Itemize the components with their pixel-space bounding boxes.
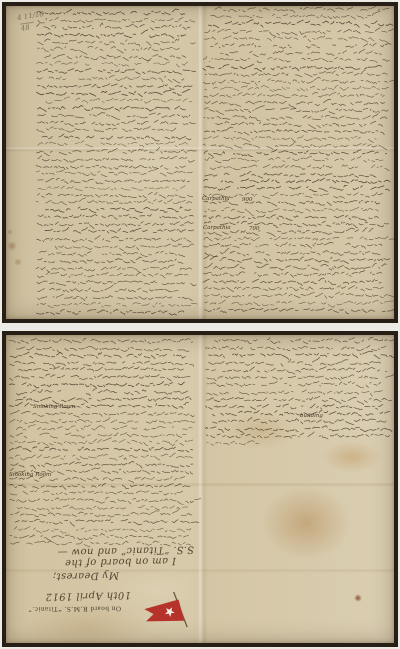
script-line — [37, 23, 190, 30]
script-line — [205, 85, 389, 91]
script-line — [10, 417, 195, 423]
script-line — [10, 438, 192, 446]
script-line — [14, 527, 191, 534]
script-line — [207, 441, 259, 446]
script-line — [205, 156, 383, 163]
letter-sheet-2: On board R.M.S. “Titanic.” 10th April 19… — [2, 331, 398, 647]
script-line — [37, 76, 184, 83]
script-line — [37, 68, 196, 74]
script-line — [11, 461, 193, 469]
script-line — [203, 77, 394, 85]
script-line — [209, 351, 395, 359]
word-carpathia-1: Carpathia — [202, 197, 230, 203]
script-line — [204, 186, 390, 192]
script-line — [37, 30, 185, 38]
script-line — [10, 374, 190, 381]
word-building: building — [300, 414, 323, 420]
script-line — [37, 272, 188, 279]
letter-photograph: { "photo": { "description": "Photograph … — [0, 0, 400, 649]
script-line — [38, 257, 183, 264]
script-line — [206, 404, 383, 410]
script-line — [203, 142, 387, 150]
script-line — [205, 28, 394, 36]
word-smoking-room-1: Smoking Room — [33, 405, 75, 411]
script-line — [215, 337, 394, 344]
script-line — [207, 390, 383, 397]
script-line — [37, 280, 196, 285]
script-line — [203, 192, 383, 198]
script-line — [55, 244, 193, 251]
script-line — [207, 375, 394, 381]
sheet-1-paper: 4 11/1648 Carpathia900Carpathia700 — [6, 6, 394, 319]
script-line — [38, 39, 196, 46]
script-line — [10, 509, 192, 517]
script-line — [205, 207, 379, 216]
script-line — [211, 11, 381, 19]
script-line — [37, 222, 193, 229]
script-line — [10, 361, 194, 368]
script-line — [209, 357, 381, 366]
script-line — [38, 106, 186, 112]
script-line — [38, 285, 178, 292]
script-line — [10, 497, 201, 504]
script-line — [203, 278, 381, 286]
script-line — [204, 256, 390, 264]
script-line — [38, 17, 195, 23]
script-line — [205, 99, 385, 108]
script-line — [204, 200, 380, 206]
script-line — [9, 453, 192, 461]
word-carpathia-2: Carpathia — [203, 226, 231, 232]
script-line — [37, 126, 176, 133]
handwritten-script-sheet-2 — [6, 335, 394, 643]
script-line — [205, 308, 394, 314]
script-line — [203, 57, 389, 63]
script-line — [10, 534, 189, 541]
script-line — [36, 58, 188, 67]
script-line — [204, 136, 377, 143]
word-smoking-room-2: Smoking Room — [9, 473, 51, 479]
script-line — [203, 64, 382, 71]
script-line — [204, 221, 389, 228]
script-line — [39, 251, 184, 257]
script-line — [204, 36, 387, 42]
script-line — [37, 89, 190, 96]
script-line — [44, 54, 186, 60]
script-line — [204, 113, 387, 121]
script-line — [208, 20, 393, 28]
script-line — [204, 286, 383, 292]
script-line — [38, 294, 193, 301]
script-line — [37, 120, 195, 126]
script-line — [37, 168, 193, 177]
script-line — [215, 6, 389, 13]
word-700: 700 — [249, 227, 260, 233]
script-line — [205, 70, 387, 77]
script-line — [36, 165, 185, 170]
script-line — [37, 309, 184, 315]
sheet-2-paper: On board R.M.S. “Titanic.” 10th April 19… — [6, 335, 394, 643]
letter-sheet-1: 4 11/1648 Carpathia900Carpathia700 — [2, 2, 398, 323]
script-line — [19, 366, 184, 371]
script-line — [17, 425, 193, 432]
script-line — [210, 165, 389, 171]
script-line — [9, 338, 193, 343]
script-line — [11, 541, 191, 547]
script-line — [10, 483, 191, 489]
script-line — [203, 242, 382, 248]
script-line — [10, 432, 186, 438]
script-line — [38, 178, 190, 184]
script-line — [10, 352, 185, 359]
script-line — [38, 156, 195, 163]
script-line — [37, 236, 191, 243]
script-line — [37, 192, 192, 198]
script-line — [38, 113, 190, 120]
script-line — [206, 367, 387, 374]
script-line — [204, 300, 393, 307]
script-line — [38, 214, 193, 219]
script-line — [37, 9, 185, 15]
script-line — [204, 92, 384, 97]
script-line — [15, 519, 199, 526]
script-line — [10, 491, 182, 495]
script-line — [45, 227, 194, 233]
script-line — [206, 396, 391, 404]
script-line — [46, 207, 191, 213]
script-line — [36, 265, 192, 273]
script-line — [38, 186, 185, 191]
script-line — [204, 236, 394, 241]
script-line — [36, 198, 192, 205]
script-line — [205, 171, 376, 178]
script-line — [9, 447, 192, 453]
script-line — [206, 345, 387, 351]
script-line — [16, 397, 191, 404]
script-line — [37, 84, 192, 90]
script-line — [204, 127, 384, 135]
script-line — [211, 43, 392, 49]
script-line — [207, 381, 381, 388]
script-line — [38, 141, 188, 147]
script-line — [9, 382, 184, 389]
script-line — [204, 178, 390, 183]
script-line — [204, 149, 386, 156]
script-line — [203, 270, 382, 277]
script-line — [205, 248, 380, 257]
script-line — [206, 426, 393, 433]
script-line — [37, 147, 197, 156]
script-line — [205, 292, 395, 299]
script-line — [216, 121, 383, 128]
script-line — [10, 410, 194, 417]
handwritten-script-sheet-1 — [6, 6, 394, 319]
script-line — [206, 432, 389, 439]
script-line — [37, 303, 197, 308]
script-line — [205, 106, 389, 115]
script-line — [220, 49, 381, 56]
script-line — [205, 263, 387, 270]
script-line — [17, 505, 187, 511]
script-line — [203, 215, 378, 221]
script-line — [17, 388, 188, 396]
script-line — [42, 134, 191, 141]
script-line — [37, 46, 179, 54]
word-900: 900 — [242, 198, 253, 204]
script-line — [46, 97, 192, 103]
script-line — [16, 346, 189, 354]
